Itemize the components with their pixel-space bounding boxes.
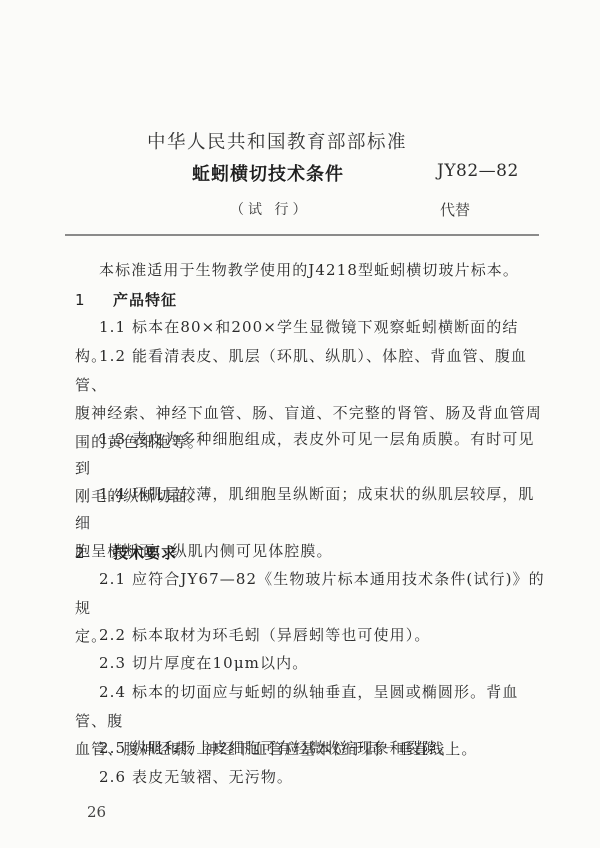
clause-id: 2.1: [99, 570, 126, 588]
clause-text: 表皮无皱褶、无污物。: [132, 768, 293, 786]
clause-id: 1.3: [99, 430, 126, 448]
clause-text-line2: 腹神经索、神经下血管、肠、盲道、不完整的肾管、肠及背血管周: [75, 399, 545, 428]
section-title: 技术要求: [113, 544, 177, 562]
clause-text-line1: 标本的切面应与蚯蚓的纵轴垂直，呈圆或椭圆形。背血管、腹: [75, 683, 518, 730]
clause-id: 2.6: [99, 768, 126, 786]
clause-id: 2.3: [99, 654, 126, 672]
clause-text: 切片厚度在10μm以内。: [132, 654, 308, 672]
trial-note: （试 行）: [230, 199, 310, 219]
clause-id: 1.2: [99, 347, 126, 365]
header-divider: [65, 234, 539, 236]
document-title: 蚯蚓横切技术条件: [192, 160, 344, 186]
clause-text-line1: 环肌层较薄，肌细胞呈纵断面；成束状的纵肌层较厚，肌细: [75, 485, 535, 532]
page-number: 26: [87, 803, 106, 821]
clause-text: 纵肌和肠上皮细胞可有轻微收缩现象和裂隙。: [132, 739, 454, 757]
section-number: 1: [75, 291, 113, 309]
clause-id: 1.4: [99, 485, 126, 503]
clause-text-line1: 能看清表皮、肌层（环肌、纵肌）、体腔、背血管、腹血管、: [75, 347, 527, 394]
clause-id: 2.2: [99, 626, 126, 644]
standard-code: JY82—82: [437, 161, 519, 181]
issuing-authority: 中华人民共和国教育部部标准: [147, 128, 407, 154]
section-title: 产品特征: [113, 291, 177, 309]
clause-text: 标本取材为环毛蚓（异唇蚓等也可使用）。: [132, 626, 430, 644]
section-heading-1: 1产品特征: [75, 289, 177, 310]
section-heading-2: 2技术要求: [75, 542, 177, 563]
clause-id: 2.5: [99, 739, 126, 757]
clause-2-2: 2.2 标本取材为环毛蚓（异唇蚓等也可使用）。: [75, 621, 545, 650]
clause-text-line1: 应符合JY67—82《生物玻片标本通用技术条件(试行)》的规: [75, 570, 545, 617]
clause-2-6: 2.6 表皮无皱褶、无污物。: [75, 763, 545, 792]
clause-text-line1: 表皮为多种细胞组成，表皮外可见一层角质膜。有时可见到: [75, 430, 535, 477]
replaces-label: 代替: [440, 199, 470, 220]
clause-2-5: 2.5 纵肌和肠上皮细胞可有轻微收缩现象和裂隙。: [75, 734, 545, 763]
intro-text: 本标准适用于生物教学使用的J4218型蚯蚓横切玻片标本。: [99, 261, 519, 279]
clause-id: 1.1: [99, 318, 126, 336]
clause-2-3: 2.3 切片厚度在10μm以内。: [75, 649, 545, 678]
section-number: 2: [75, 544, 113, 562]
intro-paragraph: 本标准适用于生物教学使用的J4218型蚯蚓横切玻片标本。: [75, 256, 545, 285]
clause-id: 2.4: [99, 683, 126, 701]
